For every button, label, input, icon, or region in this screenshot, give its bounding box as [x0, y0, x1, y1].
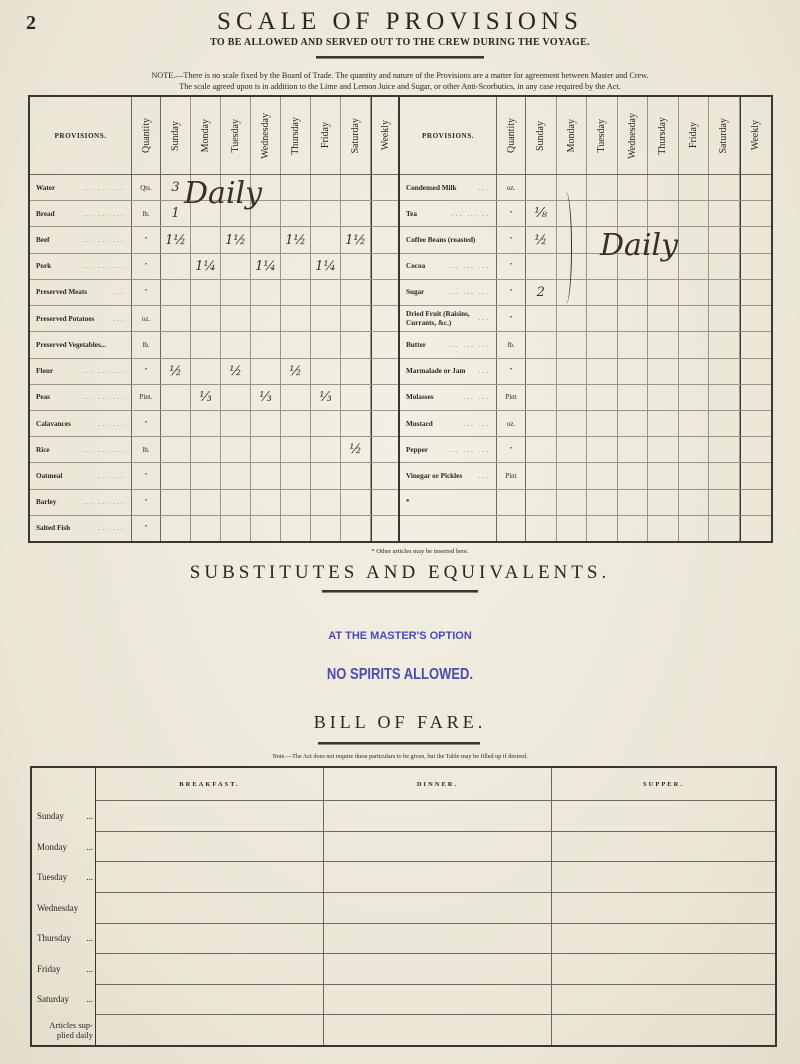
tuesday-cell[interactable]: [587, 227, 618, 252]
friday-cell[interactable]: [679, 306, 710, 331]
saturday-cell[interactable]: ½: [341, 437, 371, 462]
weekly-cell[interactable]: [371, 254, 398, 279]
weekly-cell[interactable]: [740, 359, 772, 384]
supper-entry-cell[interactable]: [552, 985, 775, 1016]
wednesday-cell[interactable]: [251, 411, 281, 436]
wednesday-cell[interactable]: [251, 201, 281, 226]
quantity-unit: Pint.: [132, 385, 161, 410]
wednesday-cell[interactable]: [618, 385, 649, 410]
friday-cell[interactable]: [311, 280, 341, 305]
dinner-entry-cell[interactable]: [324, 832, 551, 863]
saturday-cell[interactable]: [709, 411, 740, 436]
weekly-cell[interactable]: [371, 306, 398, 331]
friday-cell[interactable]: [311, 463, 341, 488]
provision-row: Beef... ... ..."1½1½1½1½: [30, 227, 398, 253]
friday-cell[interactable]: [679, 385, 710, 410]
saturday-cell[interactable]: [341, 516, 371, 541]
supper-entry-cell[interactable]: [552, 1015, 775, 1045]
quantity-unit: ": [497, 280, 526, 305]
friday-cell[interactable]: [679, 280, 710, 305]
sunday-cell[interactable]: [161, 254, 191, 279]
breakfast-entry-cell[interactable]: [96, 801, 323, 832]
saturday-cell[interactable]: [341, 359, 371, 384]
monday-cell[interactable]: [191, 490, 221, 515]
thursday-cell[interactable]: [281, 280, 311, 305]
tuesday-cell[interactable]: [221, 490, 251, 515]
tuesday-cell[interactable]: [587, 516, 618, 541]
saturday-cell[interactable]: [709, 332, 740, 357]
quantity-unit: ": [132, 280, 161, 305]
provision-name: Dried Fruit (Raisins, Currants, &c.)...: [400, 306, 497, 331]
monday-cell[interactable]: [191, 227, 221, 252]
provision-row: Mustard... ...oz.: [400, 411, 771, 437]
dinner-header: DINNER.: [324, 768, 551, 801]
provision-row: Coffee Beans (roasted)"½: [400, 227, 771, 253]
weekly-cell[interactable]: [371, 280, 398, 305]
monday-cell[interactable]: [557, 280, 588, 305]
thursday-header: Thursday: [648, 97, 679, 174]
weekly-cell[interactable]: [371, 490, 398, 515]
sunday-cell[interactable]: [526, 175, 557, 200]
wednesday-cell[interactable]: [618, 490, 649, 515]
wednesday-cell[interactable]: [618, 254, 649, 279]
monday-cell[interactable]: [557, 516, 588, 541]
friday-cell[interactable]: [679, 227, 710, 252]
tuesday-cell[interactable]: [221, 385, 251, 410]
thursday-cell[interactable]: [281, 201, 311, 226]
saturday-cell[interactable]: [341, 175, 371, 200]
weekly-cell[interactable]: [740, 385, 772, 410]
breakfast-entry-cell[interactable]: [96, 893, 323, 924]
sunday-cell[interactable]: [161, 280, 191, 305]
sunday-cell[interactable]: ½: [526, 227, 557, 252]
friday-cell[interactable]: [311, 490, 341, 515]
sunday-cell[interactable]: [526, 411, 557, 436]
sunday-cell[interactable]: [526, 254, 557, 279]
saturday-header: Saturday: [341, 97, 371, 174]
wednesday-cell[interactable]: [618, 411, 649, 436]
provision-name: [400, 516, 497, 541]
provision-name: Vinegar or Pickles...: [400, 463, 497, 488]
thursday-cell[interactable]: [648, 411, 679, 436]
thursday-cell[interactable]: [648, 306, 679, 331]
friday-cell[interactable]: [311, 201, 341, 226]
provision-name: Marmalade or Jam...: [400, 359, 497, 384]
scale-subtitle: TO BE ALLOWED AND SERVED OUT TO THE CREW…: [0, 37, 800, 48]
thursday-cell[interactable]: [648, 516, 679, 541]
sunday-cell[interactable]: [526, 306, 557, 331]
monday-cell[interactable]: [191, 411, 221, 436]
monday-cell[interactable]: [557, 490, 588, 515]
wednesday-cell[interactable]: [618, 359, 649, 384]
friday-cell[interactable]: [679, 201, 710, 226]
weekly-cell[interactable]: [740, 254, 772, 279]
sunday-cell[interactable]: 2: [526, 280, 557, 305]
thursday-cell[interactable]: [648, 175, 679, 200]
substitutes-title: SUBSTITUTES AND EQUIVALENTS.: [0, 562, 800, 584]
thursday-cell[interactable]: [281, 332, 311, 357]
saturday-cell[interactable]: [341, 385, 371, 410]
supper-entry-cell[interactable]: [552, 801, 775, 832]
weekly-cell[interactable]: [371, 411, 398, 436]
wednesday-cell[interactable]: [618, 175, 649, 200]
breakfast-entry-cell[interactable]: [96, 954, 323, 985]
saturday-cell[interactable]: [341, 332, 371, 357]
monday-cell[interactable]: [557, 201, 588, 226]
wednesday-cell[interactable]: [251, 490, 281, 515]
monday-cell[interactable]: [191, 306, 221, 331]
provision-row: *: [400, 490, 771, 516]
friday-cell[interactable]: [679, 332, 710, 357]
tuesday-cell[interactable]: 1½: [221, 227, 251, 252]
supper-column: SUPPER.: [552, 768, 775, 1045]
saturday-cell[interactable]: [709, 306, 740, 331]
sunday-cell[interactable]: [161, 490, 191, 515]
weekly-cell[interactable]: [740, 490, 772, 515]
provision-row: Tea... ... .."⅛: [400, 201, 771, 227]
thursday-header: Thursday: [281, 97, 311, 174]
monday-cell[interactable]: [557, 306, 588, 331]
tuesday-cell[interactable]: [587, 463, 618, 488]
friday-cell[interactable]: [311, 332, 341, 357]
thursday-cell[interactable]: 1½: [281, 227, 311, 252]
provision-row: Salted Fish... ...": [30, 516, 398, 541]
thursday-cell[interactable]: [281, 306, 311, 331]
weekly-cell[interactable]: [371, 175, 398, 200]
quantity-unit: oz.: [497, 175, 526, 200]
monday-cell[interactable]: [191, 359, 221, 384]
fare-day-label: Sunday...: [32, 801, 95, 832]
sunday-cell[interactable]: [161, 516, 191, 541]
thursday-cell[interactable]: [281, 254, 311, 279]
saturday-cell[interactable]: [341, 254, 371, 279]
thursday-cell[interactable]: [281, 175, 311, 200]
dinner-entry-cell[interactable]: [324, 924, 551, 955]
wednesday-cell[interactable]: [251, 437, 281, 462]
sunday-cell[interactable]: [526, 463, 557, 488]
thursday-cell[interactable]: [648, 437, 679, 462]
provision-name: Preserved Potatoes...: [30, 306, 132, 331]
friday-cell[interactable]: [679, 463, 710, 488]
weekly-cell[interactable]: [371, 227, 398, 252]
saturday-cell[interactable]: [341, 306, 371, 331]
thursday-cell[interactable]: [648, 280, 679, 305]
breakfast-entry-cell[interactable]: [96, 985, 323, 1016]
monday-cell[interactable]: [191, 201, 221, 226]
wednesday-cell[interactable]: 1¼: [251, 254, 281, 279]
weekly-cell[interactable]: [740, 175, 772, 200]
friday-cell[interactable]: [679, 411, 710, 436]
thursday-cell[interactable]: ½: [281, 359, 311, 384]
wednesday-cell[interactable]: [618, 280, 649, 305]
saturday-cell[interactable]: [709, 254, 740, 279]
friday-cell[interactable]: [679, 437, 710, 462]
monday-cell[interactable]: [191, 280, 221, 305]
monday-header: Monday: [191, 97, 221, 174]
friday-cell[interactable]: [311, 437, 341, 462]
thursday-cell[interactable]: [281, 437, 311, 462]
dinner-entry-cell[interactable]: [324, 862, 551, 893]
sunday-cell[interactable]: [161, 437, 191, 462]
provision-row: Preserved Meats...": [30, 280, 398, 306]
saturday-cell[interactable]: [709, 385, 740, 410]
fare-day-label: Wednesday: [32, 893, 95, 924]
breakfast-entry-cell[interactable]: [96, 832, 323, 863]
supper-entry-cell[interactable]: [552, 832, 775, 863]
wednesday-cell[interactable]: [251, 463, 281, 488]
dinner-entry-cell[interactable]: [324, 985, 551, 1016]
saturday-cell[interactable]: [341, 490, 371, 515]
friday-cell[interactable]: [679, 254, 710, 279]
provision-row: Rice... ... ...lb.½: [30, 437, 398, 463]
weekly-cell[interactable]: [371, 201, 398, 226]
weekly-cell[interactable]: [740, 463, 772, 488]
friday-cell[interactable]: [311, 359, 341, 384]
supper-entry-cell[interactable]: [552, 893, 775, 924]
thursday-cell[interactable]: [648, 463, 679, 488]
tuesday-cell[interactable]: [587, 490, 618, 515]
breakfast-entry-cell[interactable]: [96, 862, 323, 893]
monday-cell[interactable]: [557, 332, 588, 357]
thursday-cell[interactable]: [648, 332, 679, 357]
tuesday-cell[interactable]: [221, 254, 251, 279]
saturday-cell[interactable]: [709, 463, 740, 488]
sunday-cell[interactable]: [526, 516, 557, 541]
saturday-cell[interactable]: [709, 280, 740, 305]
tuesday-cell[interactable]: [587, 332, 618, 357]
no-spirits-stamp: NO SPIRITS ALLOWED.: [0, 665, 800, 683]
friday-cell[interactable]: [679, 175, 710, 200]
weekly-header: Weekly: [371, 97, 398, 174]
tuesday-cell[interactable]: [221, 516, 251, 541]
tuesday-cell[interactable]: [587, 359, 618, 384]
quantity-unit: lb.: [132, 437, 161, 462]
wednesday-cell[interactable]: [618, 463, 649, 488]
quantity-unit: Qts.: [132, 175, 161, 200]
sunday-cell[interactable]: [526, 490, 557, 515]
sunday-cell[interactable]: [161, 332, 191, 357]
supper-entry-cell[interactable]: [552, 862, 775, 893]
thursday-cell[interactable]: [281, 385, 311, 410]
friday-cell[interactable]: 1¼: [311, 254, 341, 279]
weekly-cell[interactable]: [740, 280, 772, 305]
tuesday-cell[interactable]: [587, 201, 618, 226]
scale-title: SCALE OF PROVISIONS: [0, 8, 800, 36]
wednesday-cell[interactable]: [618, 306, 649, 331]
friday-header: Friday: [679, 97, 710, 174]
saturday-cell[interactable]: [709, 516, 740, 541]
quantity-unit: ": [497, 359, 526, 384]
sunday-cell[interactable]: 3: [161, 175, 191, 200]
tuesday-cell[interactable]: ½: [221, 359, 251, 384]
thursday-cell[interactable]: [648, 201, 679, 226]
saturday-cell[interactable]: [341, 411, 371, 436]
tuesday-cell[interactable]: [221, 280, 251, 305]
tuesday-cell[interactable]: [221, 411, 251, 436]
thursday-cell[interactable]: [648, 254, 679, 279]
provision-row: Preserved Vegetables...lb.: [30, 332, 398, 358]
monday-cell[interactable]: [557, 463, 588, 488]
provision-row: [400, 516, 771, 541]
weekly-cell[interactable]: [371, 437, 398, 462]
monday-cell[interactable]: [557, 411, 588, 436]
monday-cell[interactable]: 1¼: [191, 254, 221, 279]
sunday-cell[interactable]: [526, 385, 557, 410]
monday-cell[interactable]: [557, 254, 588, 279]
tuesday-cell[interactable]: [587, 254, 618, 279]
weekly-cell[interactable]: [371, 385, 398, 410]
monday-cell[interactable]: [557, 385, 588, 410]
wednesday-cell[interactable]: [251, 359, 281, 384]
tuesday-cell[interactable]: [221, 175, 251, 200]
weekly-cell[interactable]: [740, 411, 772, 436]
sunday-cell[interactable]: [161, 463, 191, 488]
tuesday-cell[interactable]: [587, 385, 618, 410]
header-row: PROVISIONS. Quantity Sunday Monday Tuesd…: [400, 97, 771, 175]
wednesday-cell[interactable]: [251, 227, 281, 252]
provision-name: Sugar... ... ...: [400, 280, 497, 305]
friday-cell[interactable]: [311, 175, 341, 200]
supper-entry-cell[interactable]: [552, 954, 775, 985]
thursday-cell[interactable]: [648, 359, 679, 384]
friday-cell[interactable]: [311, 516, 341, 541]
monday-cell[interactable]: ⅓: [191, 385, 221, 410]
sunday-header: Sunday: [161, 97, 191, 174]
weekly-cell[interactable]: [740, 227, 772, 252]
provision-name: Condensed Milk...: [400, 175, 497, 200]
tuesday-cell[interactable]: [221, 201, 251, 226]
saturday-cell[interactable]: [709, 175, 740, 200]
monday-cell[interactable]: [557, 437, 588, 462]
fare-day-label: Monday...: [32, 832, 95, 863]
wednesday-cell[interactable]: [618, 516, 649, 541]
sunday-cell[interactable]: ½: [161, 359, 191, 384]
weekly-cell[interactable]: [371, 332, 398, 357]
weekly-cell[interactable]: [740, 332, 772, 357]
tuesday-cell[interactable]: [221, 437, 251, 462]
sunday-cell[interactable]: [526, 332, 557, 357]
sunday-cell[interactable]: ⅛: [526, 201, 557, 226]
dinner-entry-cell[interactable]: [324, 1015, 551, 1045]
wednesday-cell[interactable]: [251, 516, 281, 541]
provision-name: Coffee Beans (roasted): [400, 227, 497, 252]
wednesday-cell[interactable]: [251, 175, 281, 200]
quantity-unit: ": [132, 359, 161, 384]
tuesday-cell[interactable]: [587, 306, 618, 331]
monday-cell[interactable]: [191, 463, 221, 488]
scale-note-line-2: The scale agreed upon is in addition to …: [20, 81, 780, 93]
weekly-cell[interactable]: [740, 306, 772, 331]
wednesday-cell[interactable]: [618, 201, 649, 226]
monday-cell[interactable]: [557, 175, 588, 200]
thursday-cell[interactable]: [648, 227, 679, 252]
thursday-cell[interactable]: [648, 385, 679, 410]
monday-cell[interactable]: [557, 227, 588, 252]
wednesday-cell[interactable]: [618, 437, 649, 462]
dinner-entry-cell[interactable]: [324, 893, 551, 924]
dinner-entry-cell[interactable]: [324, 801, 551, 832]
sunday-cell[interactable]: [526, 437, 557, 462]
monday-cell[interactable]: [191, 437, 221, 462]
saturday-cell[interactable]: [341, 201, 371, 226]
thursday-cell[interactable]: [281, 463, 311, 488]
wednesday-cell[interactable]: [618, 332, 649, 357]
wednesday-cell[interactable]: [251, 332, 281, 357]
monday-cell[interactable]: [557, 359, 588, 384]
weekly-cell[interactable]: [371, 463, 398, 488]
friday-cell[interactable]: [311, 411, 341, 436]
breakfast-entry-cell[interactable]: [96, 1015, 323, 1045]
tuesday-cell[interactable]: [587, 437, 618, 462]
friday-cell[interactable]: [679, 359, 710, 384]
friday-cell[interactable]: [311, 227, 341, 252]
wednesday-cell[interactable]: [618, 227, 649, 252]
tuesday-cell[interactable]: [587, 175, 618, 200]
quantity-unit: ": [132, 463, 161, 488]
tuesday-cell[interactable]: [221, 332, 251, 357]
saturday-cell[interactable]: [341, 463, 371, 488]
sunday-cell[interactable]: [161, 385, 191, 410]
tuesday-cell[interactable]: [221, 306, 251, 331]
friday-cell[interactable]: ⅓: [311, 385, 341, 410]
sunday-cell[interactable]: [161, 411, 191, 436]
sunday-cell[interactable]: [526, 359, 557, 384]
monday-cell[interactable]: [191, 516, 221, 541]
tuesday-cell[interactable]: [587, 411, 618, 436]
monday-cell[interactable]: [191, 332, 221, 357]
provision-row: Oatmeal... ...": [30, 463, 398, 489]
sunday-cell[interactable]: 1: [161, 201, 191, 226]
sunday-cell[interactable]: 1½: [161, 227, 191, 252]
wednesday-cell[interactable]: [251, 280, 281, 305]
saturday-cell[interactable]: [709, 437, 740, 462]
tuesday-cell[interactable]: [221, 463, 251, 488]
saturday-cell[interactable]: [709, 201, 740, 226]
provision-row: Condensed Milk...oz.: [400, 175, 771, 201]
monday-cell[interactable]: [191, 175, 221, 200]
weekly-cell[interactable]: [740, 516, 772, 541]
wednesday-cell[interactable]: [251, 306, 281, 331]
saturday-cell[interactable]: [709, 490, 740, 515]
provision-name: Oatmeal... ...: [30, 463, 132, 488]
thursday-cell[interactable]: [281, 411, 311, 436]
weekly-cell[interactable]: [371, 516, 398, 541]
supper-entry-cell[interactable]: [552, 924, 775, 955]
friday-cell[interactable]: [311, 306, 341, 331]
breakfast-entry-cell[interactable]: [96, 924, 323, 955]
fare-day-label: Saturday...: [32, 984, 95, 1015]
weekly-cell[interactable]: [740, 201, 772, 226]
thursday-cell[interactable]: [281, 490, 311, 515]
weekly-cell[interactable]: [371, 359, 398, 384]
dinner-entry-cell[interactable]: [324, 954, 551, 985]
wednesday-cell[interactable]: ⅓: [251, 385, 281, 410]
friday-cell[interactable]: [679, 490, 710, 515]
friday-cell[interactable]: [679, 516, 710, 541]
provision-row: Bread... ... ...lb.1: [30, 201, 398, 227]
saturday-cell[interactable]: [709, 359, 740, 384]
saturday-cell[interactable]: 1½: [341, 227, 371, 252]
saturday-cell[interactable]: [341, 280, 371, 305]
thursday-cell[interactable]: [281, 516, 311, 541]
tuesday-cell[interactable]: [587, 280, 618, 305]
saturday-cell[interactable]: [709, 227, 740, 252]
thursday-cell[interactable]: [648, 490, 679, 515]
wednesday-header: Wednesday: [251, 97, 281, 174]
sunday-cell[interactable]: [161, 306, 191, 331]
weekly-cell[interactable]: [740, 437, 772, 462]
provision-row: Molasses... ...Pint: [400, 385, 771, 411]
